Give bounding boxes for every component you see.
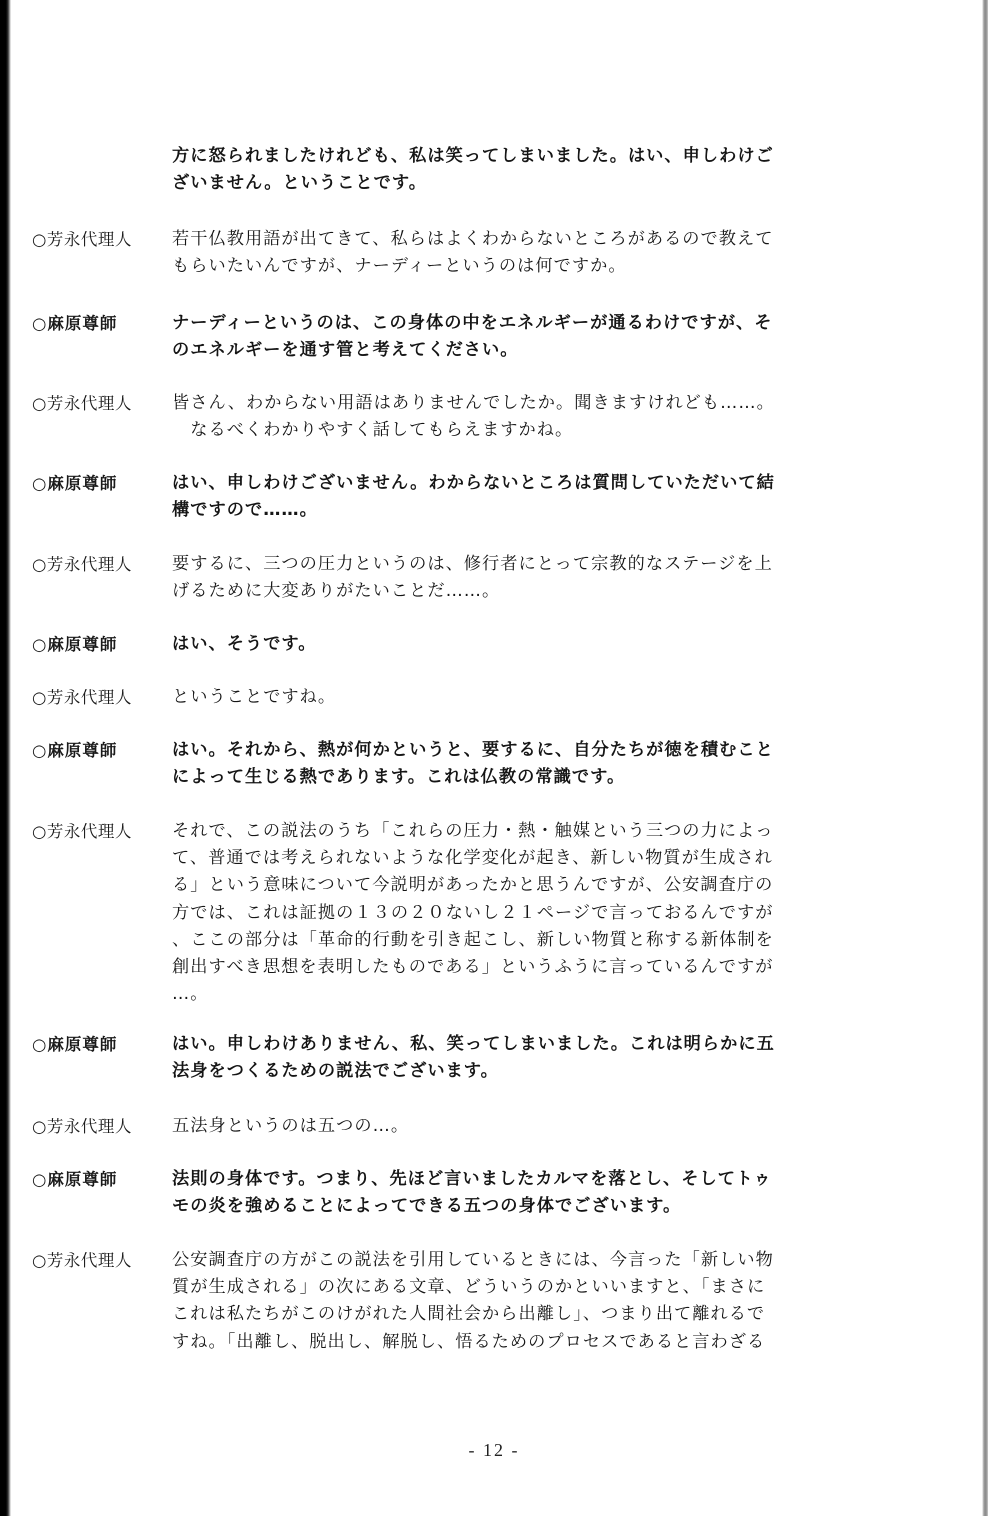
- speaker-label: ○芳永代理人: [32, 684, 172, 711]
- speaker-label: ○麻原尊師: [32, 631, 172, 658]
- speech-text: 皆さん、わからない用語はありませんでしたか。聞きますけれども……。 なるべくわか…: [172, 390, 862, 444]
- speech-text: 五法身というのは五つの…。: [172, 1113, 862, 1140]
- scan-shadow-right-edge: [982, 0, 988, 1516]
- speech-line: る」という意味について今説明があったかと思うんですが、公安調査庁の: [172, 872, 862, 899]
- speech-text: 方に怒られましたけれども、私は笑ってしまいました。はい、申しわけご ざいません。…: [172, 143, 862, 197]
- speech-text: 若干仏教用語が出てきて、私らはよくわからないところがあるので教えて もらいたいん…: [172, 226, 862, 280]
- speaker-label: ○麻原尊師: [32, 1166, 172, 1193]
- speech-line: によって生じる熱であります。これは仏教の常識です。: [172, 764, 862, 791]
- speech-line: て、普通では考えられないような化学変化が起き、新しい物質が生成され: [172, 845, 862, 872]
- speech-line: それで、この説法のうち「これらの圧力・熱・触媒という三つの力によっ: [172, 818, 862, 845]
- speech-line: 創出すべき思想を表明したものである」というふうに言っているんですが: [172, 954, 862, 981]
- speaker-label: ○芳永代理人: [32, 1113, 172, 1140]
- speech-line: 要するに、三つの圧力というのは、修行者にとって宗教的なステージを上: [172, 551, 862, 578]
- speech-line: 公安調査庁の方がこの説法を引用しているときには、今言った「新しい物: [172, 1247, 862, 1274]
- speaker-label: ○芳永代理人: [32, 390, 172, 417]
- speaker-label: ○芳永代理人: [32, 551, 172, 578]
- speech-text: 法則の身体です。つまり、先ほど言いましたカルマを落とし、そしてトゥ モの炎を強め…: [172, 1166, 862, 1220]
- speech-text: はい。それから、熱が何かというと、要するに、自分たちが徳を積むこと によって生じ…: [172, 737, 862, 791]
- speech-line: げるために大変ありがたいことだ……。: [172, 578, 862, 605]
- speaker-label: ○芳永代理人: [32, 226, 172, 253]
- speech-line: ざいません。ということです。: [172, 170, 862, 197]
- speech-line: 、ここの部分は「革命的行動を引き起こし、新しい物質と称する新体制を: [172, 927, 862, 954]
- speaker-label: ○麻原尊師: [32, 310, 172, 337]
- speech-line: モの炎を強めることによってできる五つの身体でございます。: [172, 1193, 862, 1220]
- speech-line: はい。それから、熱が何かというと、要するに、自分たちが徳を積むこと: [172, 737, 862, 764]
- page-number: - 12 -: [0, 1440, 988, 1461]
- speech-text: はい。申しわけありません、私、笑ってしまいました。これは明らかに五 法身をつくる…: [172, 1031, 862, 1085]
- speech-line: はい、申しわけございません。わからないところは質問していただいて結: [172, 470, 862, 497]
- speech-line: ナーディーというのは、この身体の中をエネルギーが通るわけですが、そ: [172, 310, 862, 337]
- speaker-label: ○麻原尊師: [32, 470, 172, 497]
- speaker-label: ○麻原尊師: [32, 737, 172, 764]
- speech-text: 要するに、三つの圧力というのは、修行者にとって宗教的なステージを上 げるために大…: [172, 551, 862, 605]
- scan-shadow-left-edge: [0, 0, 11, 1516]
- speech-line: 法身をつくるための説法でございます。: [172, 1058, 862, 1085]
- speaker-label: ○芳永代理人: [32, 818, 172, 845]
- speech-line: 質が生成される」の次にある文章、どういうのかといいますと、「まさに: [172, 1274, 862, 1301]
- speaker-label: ○麻原尊師: [32, 1031, 172, 1058]
- speech-text: はい、申しわけございません。わからないところは質問していただいて結 構ですので……: [172, 470, 862, 524]
- speech-line: すね。「出離し、脱出し、解脱し、悟るためのプロセスであると言わざる: [172, 1329, 862, 1356]
- speech-line: なるべくわかりやすく話してもらえますかね。: [172, 417, 862, 444]
- speech-text: 公安調査庁の方がこの説法を引用しているときには、今言った「新しい物 質が生成され…: [172, 1247, 862, 1356]
- speech-line: 構ですので……。: [172, 497, 862, 524]
- speech-line: …。: [172, 981, 862, 1008]
- speech-line: のエネルギーを通す管と考えてください。: [172, 337, 862, 364]
- speech-line: これは私たちがこのけがれた人間社会から出離し」、つまり出て離れるで: [172, 1301, 862, 1328]
- speech-line: 方に怒られましたけれども、私は笑ってしまいました。はい、申しわけご: [172, 143, 862, 170]
- speech-text: ということですね。: [172, 684, 862, 711]
- speech-text: それで、この説法のうち「これらの圧力・熱・触媒という三つの力によっ て、普通では…: [172, 818, 862, 1008]
- speech-line: 五法身というのは五つの…。: [172, 1113, 862, 1140]
- speech-text: はい、そうです。: [172, 631, 862, 658]
- speech-line: はい、そうです。: [172, 631, 862, 658]
- speech-line: 皆さん、わからない用語はありませんでしたか。聞きますけれども……。: [172, 390, 862, 417]
- speech-line: もらいたいんですが、ナーディーというのは何ですか。: [172, 253, 862, 280]
- speech-line: 法則の身体です。つまり、先ほど言いましたカルマを落とし、そしてトゥ: [172, 1166, 862, 1193]
- speech-line: ということですね。: [172, 684, 862, 711]
- speech-line: 若干仏教用語が出てきて、私らはよくわからないところがあるので教えて: [172, 226, 862, 253]
- speech-line: 方では、これは証拠の１３の２０ないし２１ページで言っておるんですが: [172, 900, 862, 927]
- speaker-label: ○芳永代理人: [32, 1247, 172, 1274]
- speech-text: ナーディーというのは、この身体の中をエネルギーが通るわけですが、そ のエネルギー…: [172, 310, 862, 364]
- speech-line: はい。申しわけありません、私、笑ってしまいました。これは明らかに五: [172, 1031, 862, 1058]
